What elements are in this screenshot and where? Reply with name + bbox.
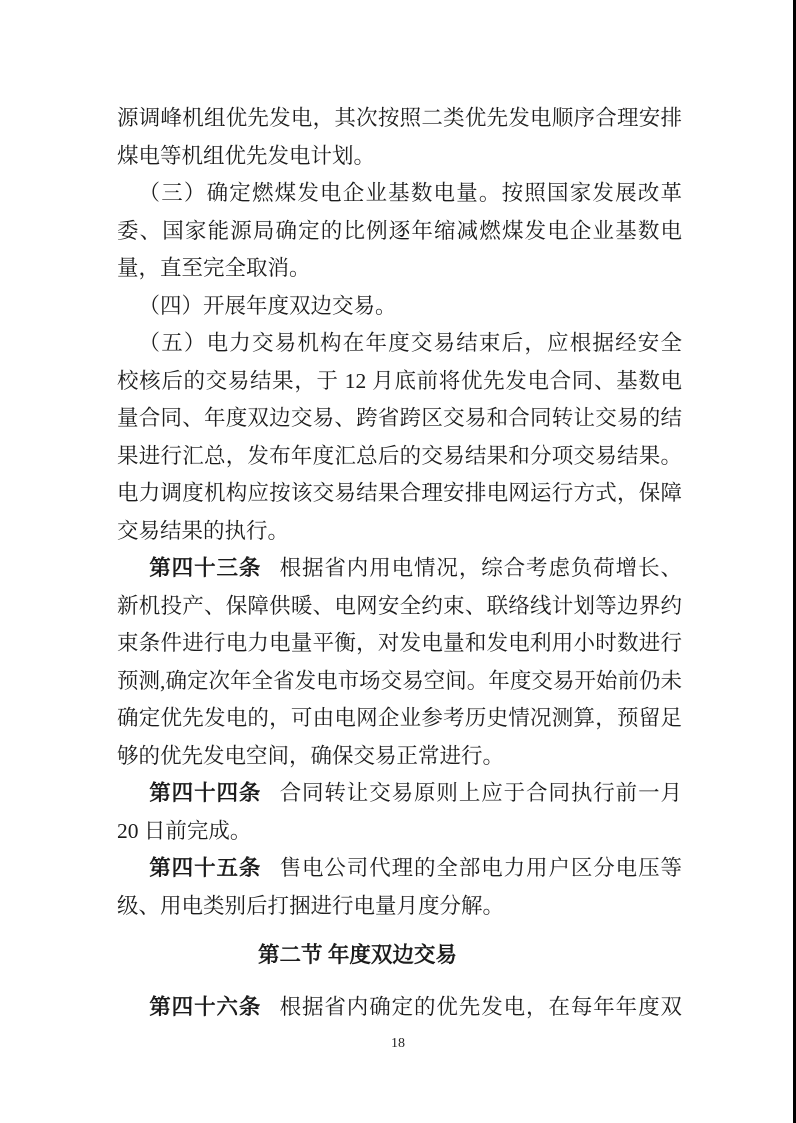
text-line: 第四十四条合同转让交易原则上应于合同执行前一月 bbox=[117, 775, 682, 813]
text-line: 交易结果的执行。 bbox=[117, 513, 682, 551]
paragraph: （三）确定燃煤发电企业基数电量。按照国家发展改革 委、国家能源局确定的比例逐年缩… bbox=[117, 175, 682, 288]
paragraph-article-44: 第四十四条合同转让交易原则上应于合同执行前一月 20 日前完成。 bbox=[117, 775, 682, 850]
text-line: 煤电等机组优先发电计划。 bbox=[117, 138, 682, 176]
article-number: 第四十三条 bbox=[149, 556, 261, 580]
text-line: 束条件进行电力电量平衡，对发电量和发电利用小时数进行 bbox=[117, 625, 682, 663]
text-line: 校核后的交易结果，于 12 月底前将优先发电合同、基数电 bbox=[117, 363, 682, 401]
text-line: 委、国家能源局确定的比例逐年缩减燃煤发电企业基数电 bbox=[117, 213, 682, 251]
text-line: 20 日前完成。 bbox=[117, 813, 682, 851]
text-line: 预测,确定次年全省发电市场交易空间。年度交易开始前仍未 bbox=[117, 663, 682, 701]
paragraph: （五）电力交易机构在年度交易结束后，应根据经安全 校核后的交易结果，于 12 月… bbox=[117, 325, 682, 550]
text-line: 级、用电类别后打捆进行电量月度分解。 bbox=[117, 888, 682, 926]
text-line: 第四十三条根据省内用电情况，综合考虑负荷增长、 bbox=[117, 550, 682, 588]
paragraph-article-43: 第四十三条根据省内用电情况，综合考虑负荷增长、 新机投产、保障供暖、电网安全约束… bbox=[117, 550, 682, 775]
article-number: 第四十四条 bbox=[149, 781, 261, 805]
text-line: 果进行汇总，发布年度汇总后的交易结果和分项交易结果。 bbox=[117, 438, 682, 476]
text-line: 第四十六条根据省内确定的优先发电，在每年年度双 bbox=[117, 989, 682, 1027]
text-line: （四）开展年度双边交易。 bbox=[117, 288, 682, 326]
paragraph: 源调峰机组优先发电，其次按照二类优先发电顺序合理安排 煤电等机组优先发电计划。 bbox=[117, 100, 682, 175]
text-line: 够的优先发电空间，确保交易正常进行。 bbox=[117, 738, 682, 776]
paragraph-article-45: 第四十五条售电公司代理的全部电力用户区分电压等 级、用电类别后打捆进行电量月度分… bbox=[117, 850, 682, 925]
text-line: 量，直至完全取消。 bbox=[117, 250, 682, 288]
article-first-line-text: 根据省内用电情况，综合考虑负荷增长、 bbox=[280, 556, 682, 580]
text-line: 第四十五条售电公司代理的全部电力用户区分电压等 bbox=[117, 850, 682, 888]
text-line: （三）确定燃煤发电企业基数电量。按照国家发展改革 bbox=[117, 175, 682, 213]
article-number: 第四十五条 bbox=[149, 856, 261, 880]
paragraph-article-46: 第四十六条根据省内确定的优先发电，在每年年度双 bbox=[117, 989, 682, 1027]
document-body: 源调峰机组优先发电，其次按照二类优先发电顺序合理安排 煤电等机组优先发电计划。 … bbox=[117, 100, 682, 1026]
text-line: （五）电力交易机构在年度交易结束后，应根据经安全 bbox=[117, 325, 682, 363]
text-line: 电力调度机构应按该交易结果合理安排电网运行方式，保障 bbox=[117, 475, 682, 513]
text-line: 确定优先发电的，可由电网企业参考历史情况测算，预留足 bbox=[117, 700, 682, 738]
article-number: 第四十六条 bbox=[149, 995, 261, 1019]
page-number: 18 bbox=[0, 1036, 796, 1052]
document-page: 源调峰机组优先发电，其次按照二类优先发电顺序合理安排 煤电等机组优先发电计划。 … bbox=[0, 0, 796, 1123]
text-line: 量合同、年度双边交易、跨省跨区交易和合同转让交易的结 bbox=[117, 400, 682, 438]
article-first-line-text: 售电公司代理的全部电力用户区分电压等 bbox=[280, 856, 682, 880]
article-first-line-text: 根据省内确定的优先发电，在每年年度双 bbox=[280, 995, 682, 1019]
paragraph: （四）开展年度双边交易。 bbox=[117, 288, 682, 326]
article-first-line-text: 合同转让交易原则上应于合同执行前一月 bbox=[280, 781, 682, 805]
text-line: 源调峰机组优先发电，其次按照二类优先发电顺序合理安排 bbox=[117, 100, 682, 138]
section-heading: 第二节 年度双边交易 bbox=[75, 937, 640, 975]
text-line: 新机投产、保障供暖、电网安全约束、联络线计划等边界约 bbox=[117, 588, 682, 626]
